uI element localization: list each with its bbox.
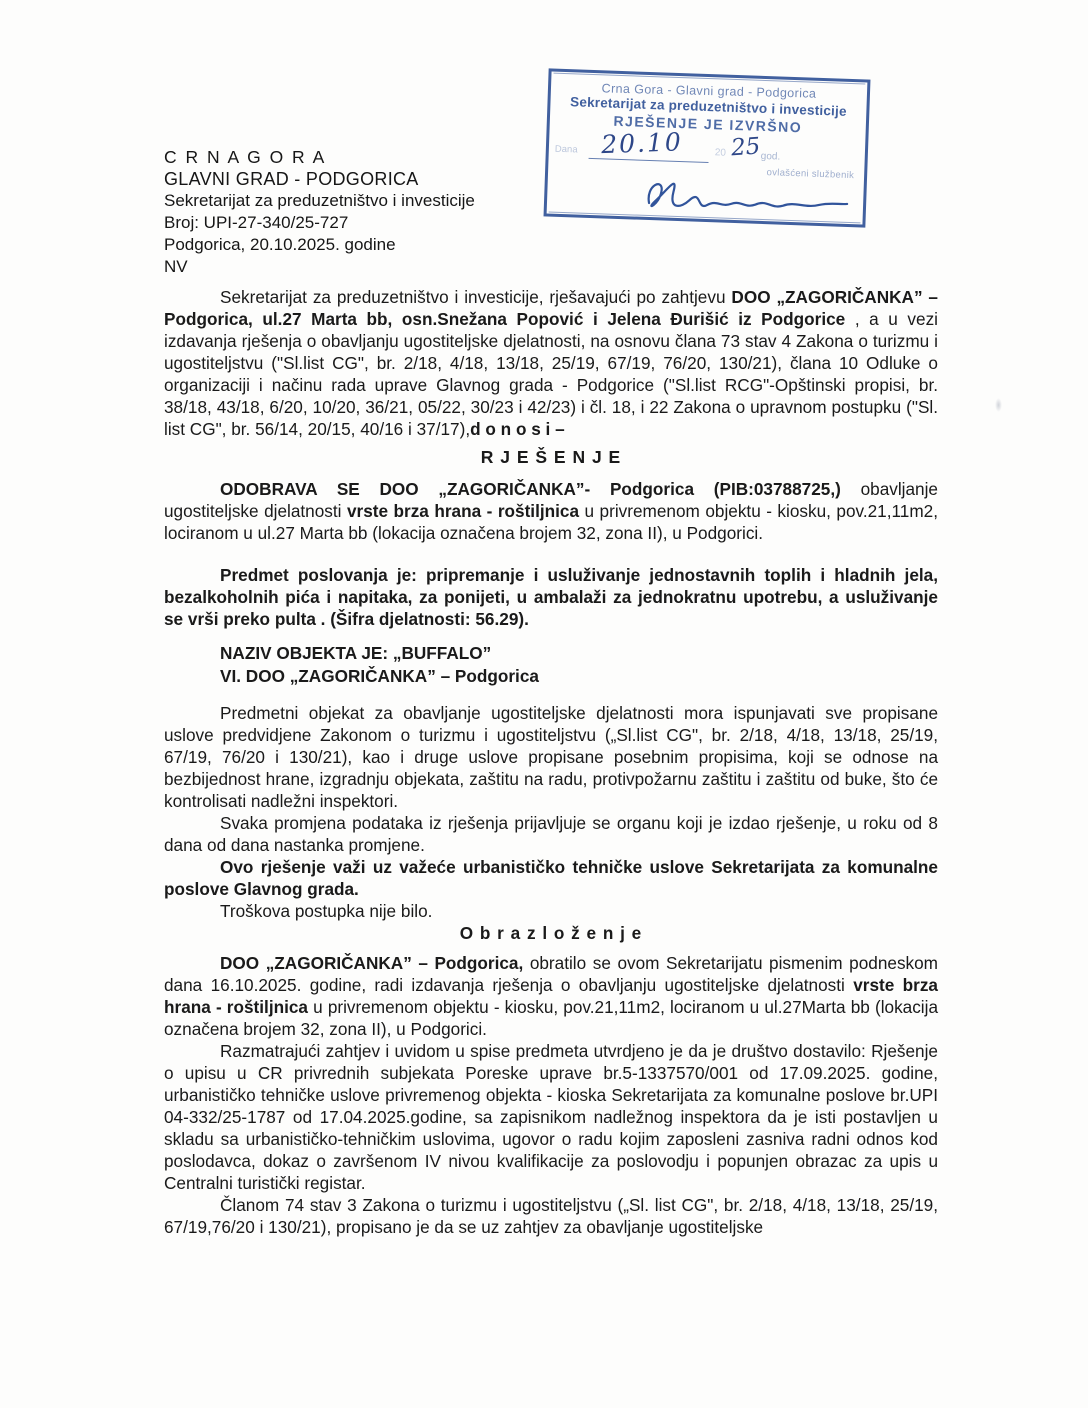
stamp-handwritten-year: 25 <box>730 133 761 161</box>
odobrava-paragraph: ODOBRAVA SE DOO „ZAGORIČANKA”- Podgorica… <box>164 478 938 544</box>
intro-run: Sekretarijat za preduzetništvo i investi… <box>220 287 731 307</box>
execution-stamp: Crna Gora - Glavni grad - Podgorica Sekr… <box>544 68 871 227</box>
intro-donosi-bold: d o n o s i – <box>470 419 565 439</box>
document-body: Sekretarijat za preduzetništvo i investi… <box>164 286 938 1238</box>
razmatrajuci-paragraph: Razmatrajući zahtjev i uvidom u spise pr… <box>164 1040 938 1194</box>
object-name-block: NAZIV OBJEKTA JE: „BUFFALO” VI. DOO „ZAG… <box>164 642 938 688</box>
intro-paragraph: Sekretarijat za preduzetništvo i investi… <box>164 286 938 440</box>
ovo-rjesenje-paragraph: Ovo rješenje važi uz važeće urbanističko… <box>164 856 938 900</box>
predmet-paragraph: Predmet poslovanja je: pripremanje i usl… <box>164 564 938 630</box>
letterhead-place-date: Podgorica, 20.10.2025. godine <box>164 234 475 256</box>
predmetni-paragraph: Predmetni objekat za obavljanje ugostite… <box>164 702 938 812</box>
doo-paragraph: DOO „ZAGORIČANKA” – Podgorica, obratilo … <box>164 952 938 1040</box>
signature-scribble-icon <box>634 167 856 227</box>
letterhead-initials: NV <box>164 256 475 278</box>
stamp-date-underline <box>589 158 709 163</box>
object-owner-line: VI. DOO „ZAGORIČANKA” – Podgorica <box>220 665 938 688</box>
letterhead-city: GLAVNI GRAD - PODGORICA <box>164 168 475 190</box>
odobrava-bold: ODOBRAVA SE DOO „ZAGORIČANKA”- Podgorica… <box>220 479 841 499</box>
document-page: C R N A G O R A GLAVNI GRAD - PODGORICA … <box>0 0 1088 1408</box>
stamp-year-prefix: 20 <box>715 147 727 158</box>
letterhead-case-number: Broj: UPI-27-340/25-727 <box>164 212 475 234</box>
svaka-promjena-paragraph: Svaka promjena podataka iz rješenja prij… <box>164 812 938 856</box>
decision-title: R J E Š E N J E <box>164 446 938 468</box>
odobrava-activity-bold: vrste brza hrana - roštiljnica <box>347 501 579 521</box>
letterhead-department: Sekretarijat za preduzetništvo i investi… <box>164 190 475 212</box>
letterhead: C R N A G O R A GLAVNI GRAD - PODGORICA … <box>164 146 475 278</box>
clanom-paragraph: Članom 74 stav 3 Zakona o turizmu i ugos… <box>164 1194 938 1238</box>
stamp-handwritten-day: 20.10 <box>601 127 684 159</box>
scan-artifact <box>995 398 1002 412</box>
doo-company-bold: DOO „ZAGORIČANKA” – Podgorica, <box>220 953 523 973</box>
letterhead-country: C R N A G O R A <box>164 146 475 168</box>
troskovi-line: Troškova postupka nije bilo. <box>164 900 938 922</box>
object-name-line: NAZIV OBJEKTA JE: „BUFFALO” <box>220 642 938 665</box>
stamp-year-suffix: god. <box>761 151 781 163</box>
stamp-date-label: Dana <box>555 144 578 156</box>
obrazlozenje-title: O b r a z l o ž e n j e <box>164 922 938 944</box>
